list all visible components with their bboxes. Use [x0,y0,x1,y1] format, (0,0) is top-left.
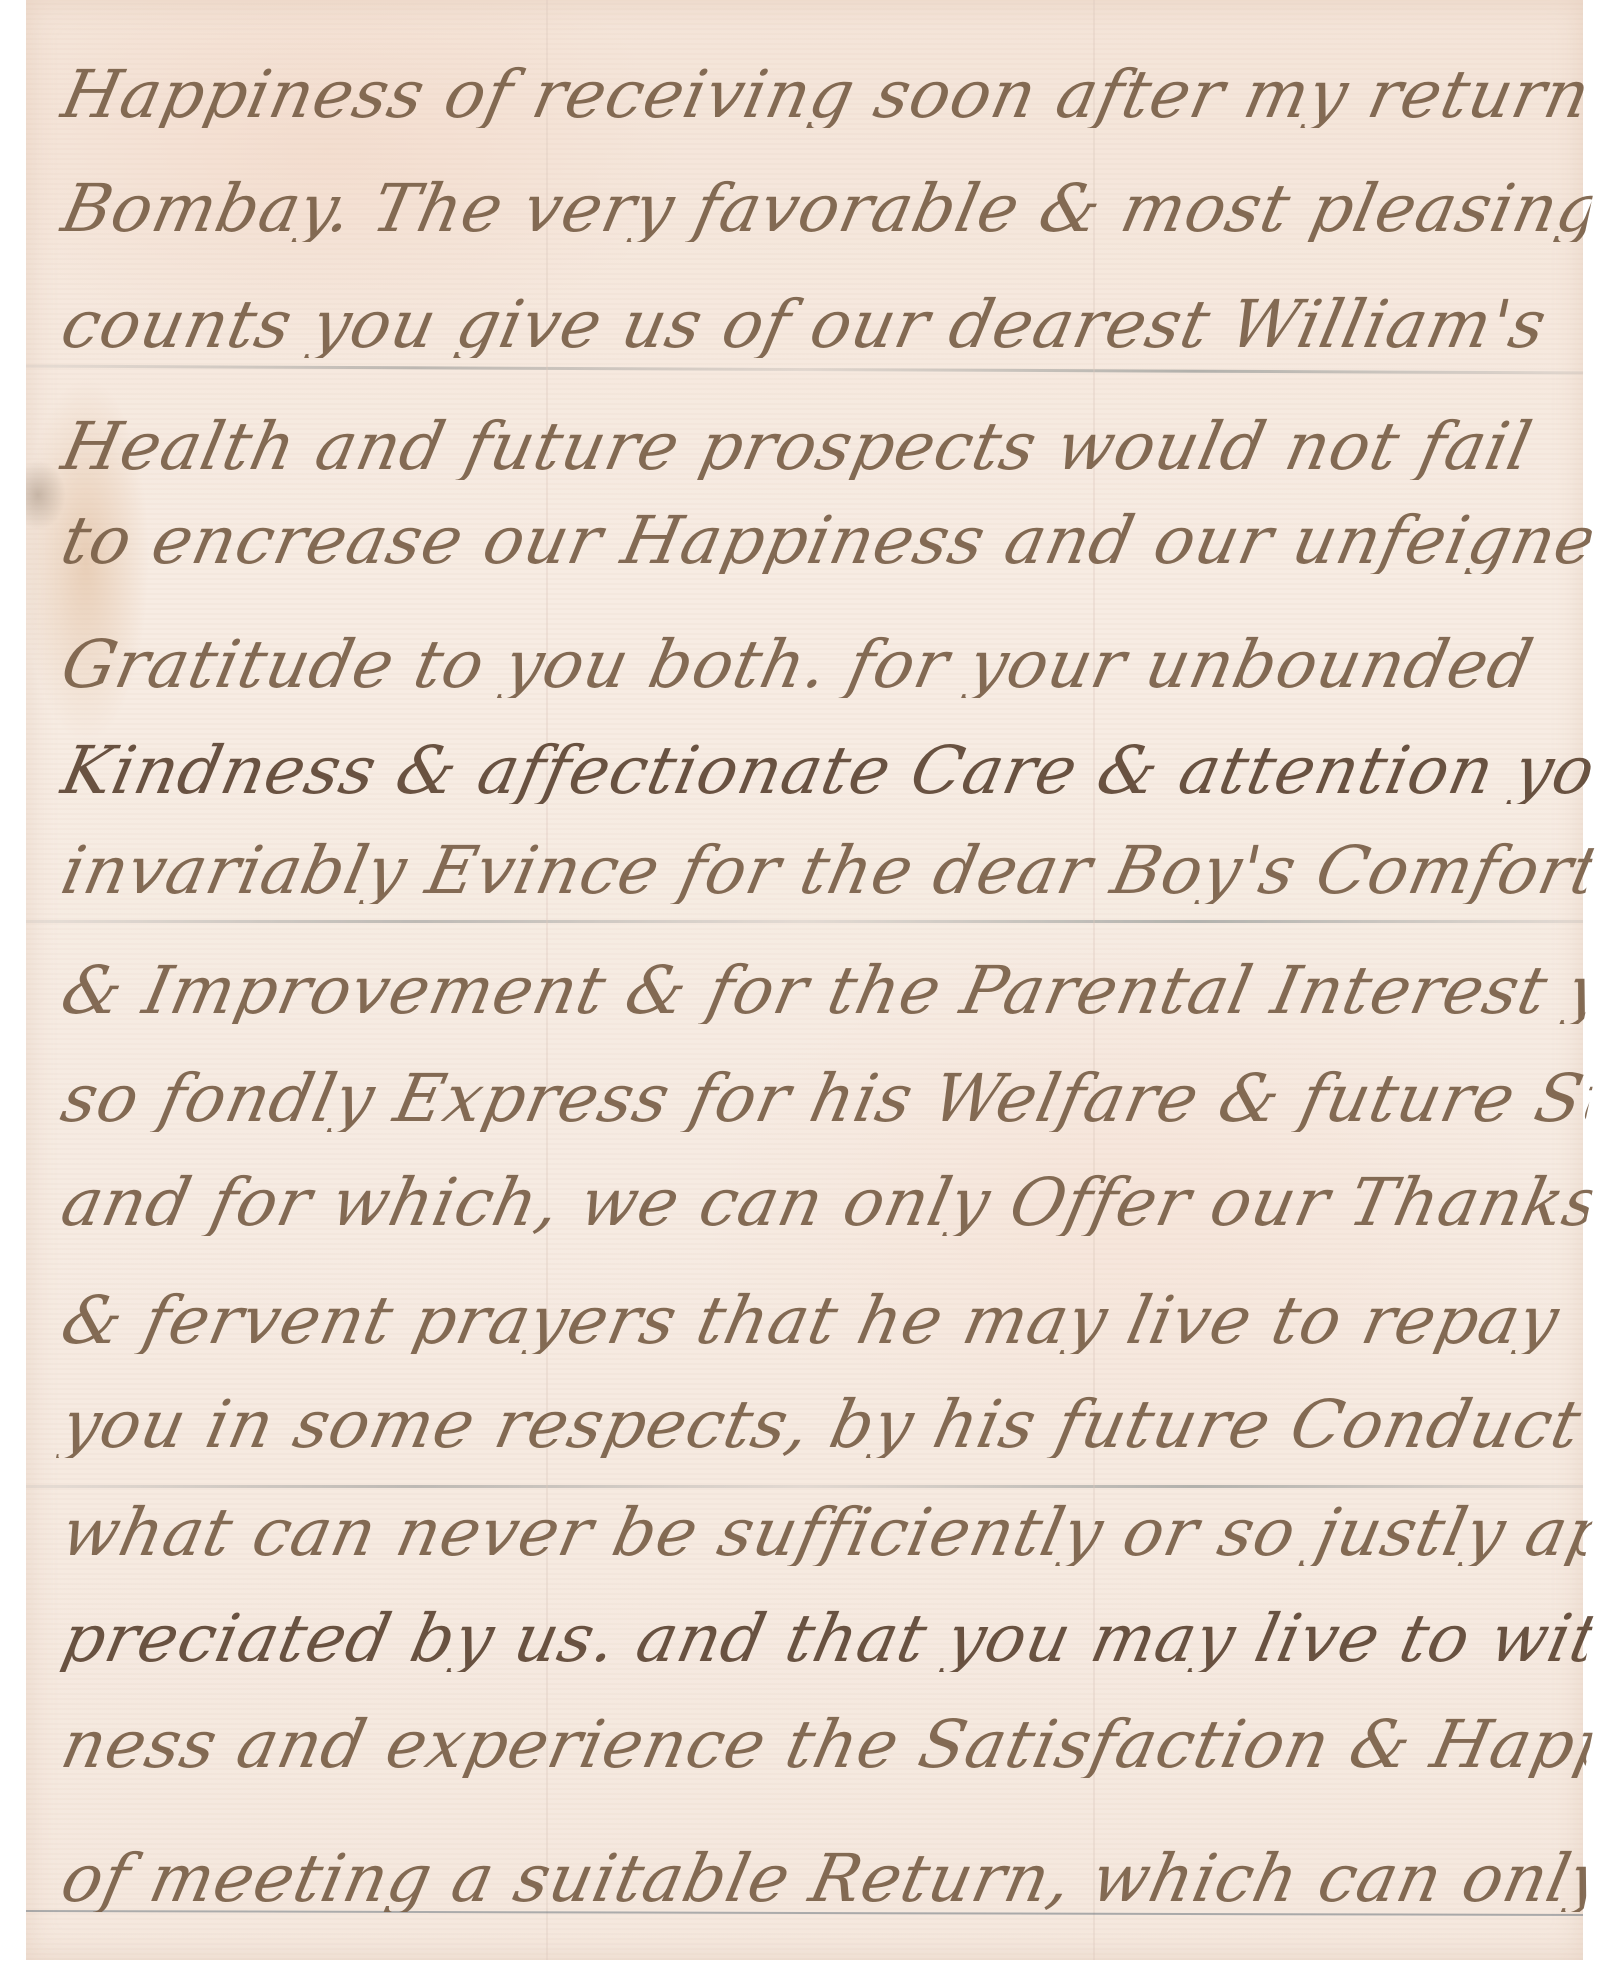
text-line: and for which, we can only Offer our Tha… [56,1170,1597,1236]
text-line: you in some respects, by his future Cond… [56,1392,1597,1458]
text-line: Gratitude to you both. for your unbounde… [56,632,1597,698]
text-line: counts you give us of our dearest Willia… [56,292,1597,358]
text-line: Happiness of receiving soon after my ret… [56,62,1597,128]
text-line: what can never be sufficiently or so jus… [56,1500,1597,1566]
text-line: ness and experience the Satisfaction & H… [56,1712,1597,1778]
text-line: Kindness & affectionate Care & attention… [56,738,1597,804]
text-line: preciated by us. and that you may live t… [56,1606,1597,1672]
text-line: Health and future prospects would not fa… [56,414,1597,480]
handwritten-text: Happiness of receiving soon after my ret… [26,0,1583,1960]
text-line: & fervent prayers that he may live to re… [56,1288,1597,1354]
text-line: Bombay. The very favorable & most pleasi… [56,176,1597,242]
text-line: to encrease our Happiness and our unfeig… [56,508,1597,574]
text-line: so fondly Express for his Welfare & futu… [56,1066,1597,1132]
text-line: of meeting a suitable Return, which can … [56,1846,1597,1912]
text-line: & Improvement & for the Parental Interes… [56,958,1597,1024]
text-line: invariably Evince for the dear Boy's Com… [56,838,1597,904]
